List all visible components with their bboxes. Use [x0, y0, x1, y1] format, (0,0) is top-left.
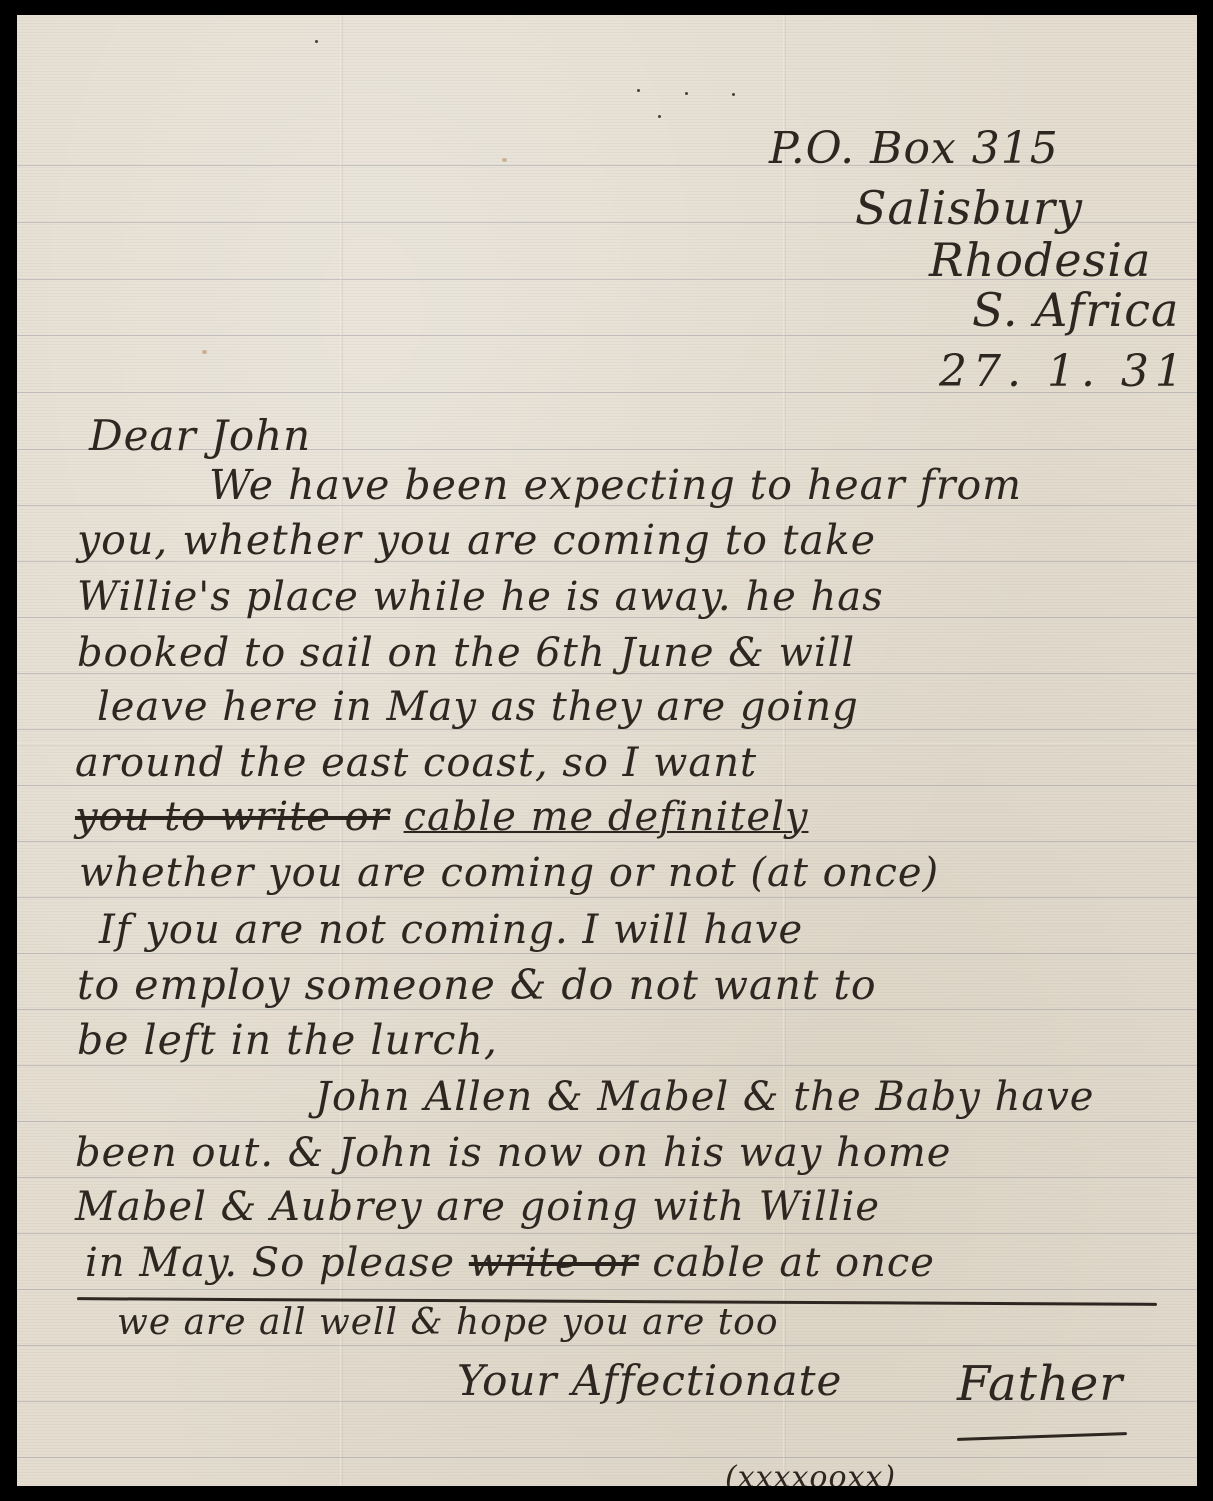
ink-speck [685, 92, 688, 95]
struck-text: you to write or [75, 794, 390, 840]
body-line: in May. So please write or cable at once [85, 1243, 935, 1283]
ruled-line [17, 1345, 1197, 1346]
ruled-line [17, 953, 1197, 954]
ruled-line [17, 1065, 1197, 1066]
closing: Your Affectionate [457, 1360, 842, 1402]
body-line: you, whether you are coming to take [77, 520, 876, 561]
body-text: cable at once [652, 1240, 935, 1286]
address-city: Salisbury [855, 185, 1083, 231]
struck-text: write or [469, 1240, 639, 1286]
body-line: around the east coast, so I want [75, 743, 757, 783]
body-line: John Allen & Mabel & the Baby have [315, 1077, 1094, 1117]
body-line: We have been expecting to hear from [209, 465, 1022, 506]
letter-date: 27. 1. 31 [939, 350, 1189, 394]
body-text: in May. So please [85, 1240, 455, 1286]
body-line: we are all well & hope you are too [117, 1305, 779, 1341]
body-line: booked to sail on the 6th June & will [77, 633, 855, 673]
address-region: S. Africa [972, 287, 1179, 333]
body-line: If you are not coming. I will have [99, 910, 803, 950]
signature-underline [957, 1432, 1127, 1441]
body-line: Mabel & Aubrey are going with Willie [75, 1187, 880, 1227]
ruled-line [17, 1009, 1197, 1010]
body-line: you to write or cable me definitely [75, 797, 808, 837]
body-line: be left in the lurch, [77, 1020, 498, 1061]
ruled-line [17, 1233, 1197, 1234]
paper-stain [502, 158, 507, 162]
address-country: Rhodesia [929, 237, 1151, 283]
ink-speck [732, 93, 735, 96]
salutation: Dear John [89, 415, 311, 457]
ink-speck [658, 115, 661, 118]
address-po-box: P.O. Box 315 [769, 127, 1059, 171]
ruled-line [17, 1457, 1197, 1458]
kisses: (xxxxooxx) [725, 1463, 896, 1486]
body-line: whether you are coming or not (at once) [79, 853, 939, 893]
ruled-line [17, 1121, 1197, 1122]
body-line: Willie's place while he is away. he has [77, 577, 884, 617]
body-line: leave here in May as they are going [97, 687, 859, 727]
ruled-line [17, 841, 1197, 842]
ink-speck [315, 40, 318, 43]
ruled-line [17, 1177, 1197, 1178]
body-text: cable me definitely [404, 794, 809, 840]
ink-speck [637, 89, 640, 92]
body-line: been out. & John is now on his way home [75, 1133, 951, 1173]
signature: Father [957, 1360, 1123, 1408]
ruled-line [17, 1289, 1197, 1290]
paper-stain [202, 350, 207, 354]
letter-page: P.O. Box 315 Salisbury Rhodesia S. Afric… [17, 15, 1197, 1486]
ruled-line [17, 897, 1197, 898]
body-line: to employ someone & do not want to [77, 965, 877, 1006]
